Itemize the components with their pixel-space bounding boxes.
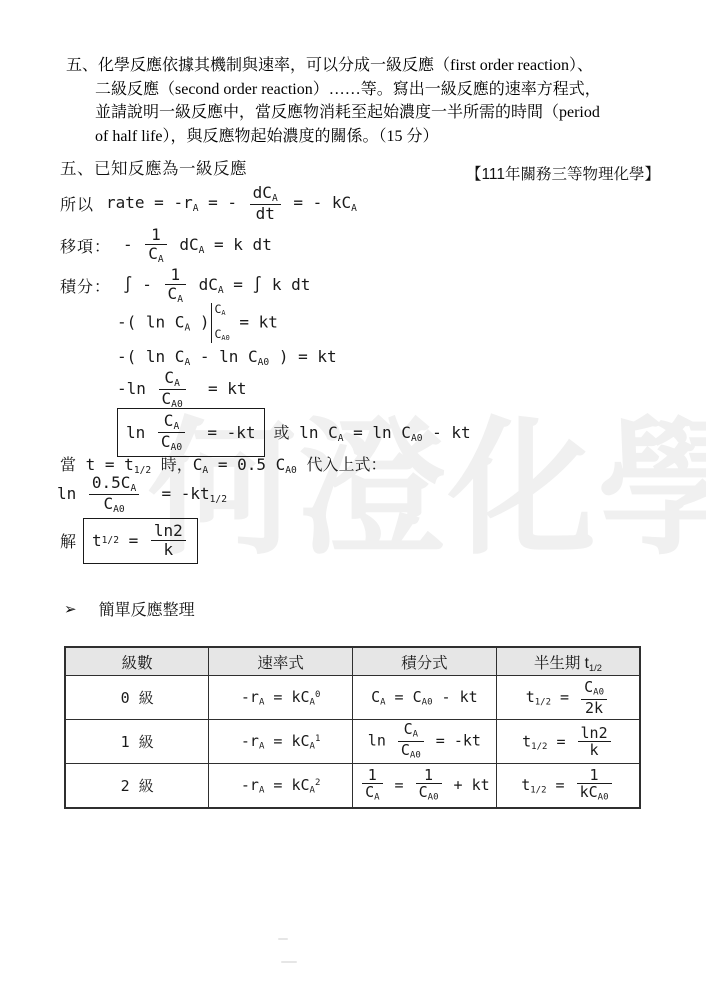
question-paragraph: 五、化學反應依據其機制與速率，可以分成一級反應（first order reac… — [66, 54, 676, 148]
scan-artifact — [281, 961, 297, 963]
table-cell: 1 級 — [65, 720, 209, 764]
equation-label: 移項： — [60, 234, 111, 257]
equation-math: ∫ - 1CA dCA = ∫ k dt — [123, 266, 310, 305]
equation-math: -( ln CA )CACA0 = kt — [117, 303, 278, 343]
equation-math: - 1CA dCA = k dt — [123, 226, 272, 265]
table-cell: -rA = kCA1 — [209, 720, 353, 764]
table-header-2: 積分式 — [353, 647, 497, 676]
table-header-3: 半生期 t1/2 — [496, 647, 640, 676]
equation-label: 所以 — [60, 192, 94, 215]
summary-heading: ➢ 簡單反應整理 — [64, 597, 195, 620]
answer-heading: 五、已知反應為一級反應 — [60, 155, 247, 179]
table-row: 1 級-rA = kCA1ln CACA0 = -ktt1/2 = ln2k — [65, 720, 640, 764]
equation-expand: -( ln CA - ln CA0 ) = kt — [117, 347, 337, 368]
boxed-halflife: t1/2 = ln2k — [83, 518, 198, 564]
equation-halflife-solution: 解 t1/2 = ln2k — [60, 518, 198, 564]
equation-math: rate = -rA = - dCAdt = - kCA — [106, 184, 357, 223]
table-cell: t1/2 = ln2k — [496, 720, 640, 764]
arrow-bullet-icon: ➢ — [64, 600, 77, 618]
equation-rearrange: 移項： - 1CA dCA = k dt — [60, 226, 272, 265]
exam-source-tag: 【111年關務三等物理化學】 — [466, 162, 660, 184]
table-cell: t1/2 = CA02k — [496, 676, 640, 720]
equation-math: -ln CACA0 = kt — [117, 369, 247, 410]
question-line: 二級反應（second order reaction）……等。寫出一級反應的速率… — [66, 78, 676, 102]
equation-math: 或 ln CA = ln CA0 - kt — [274, 420, 471, 444]
table-cell: 1CA = 1CA0 + kt — [353, 764, 497, 809]
table-cell: ln CACA0 = -kt — [353, 720, 497, 764]
equation-integrate: 積分： ∫ - 1CA dCA = ∫ k dt — [60, 266, 310, 305]
table-cell: t1/2 = 1kCA0 — [496, 764, 640, 809]
table-header-1: 速率式 — [209, 647, 353, 676]
equation-math: -( ln CA - ln CA0 ) = kt — [117, 347, 337, 368]
table-row: 0 級-rA = kCA0CA = CA0 - ktt1/2 = CA02k — [65, 676, 640, 720]
table-header-row: 級數速率式積分式半生期 t1/2 — [65, 647, 640, 676]
equation-ratio: -ln CACA0 = kt — [117, 369, 247, 410]
table-header-0: 級數 — [65, 647, 209, 676]
question-line: of half life），與反應物起始濃度的關係。（15 分） — [66, 125, 676, 149]
question-line: 五、化學反應依據其機制與速率，可以分成一級反應（first order reac… — [66, 54, 676, 78]
table-row: 2 級-rA = kCA21CA = 1CA0 + ktt1/2 = 1kCA0 — [65, 764, 640, 809]
equation-eval-limits: -( ln CA )CACA0 = kt — [117, 303, 278, 343]
table-cell: -rA = kCA0 — [209, 676, 353, 720]
boxed-result: ln CACA0 = -kt — [117, 408, 265, 457]
equation-math: ln 0.5CACA0 = -kt1/2 — [57, 474, 227, 515]
scan-artifact — [278, 938, 288, 940]
equation-halflife-substitution: ln 0.5CACA0 = -kt1/2 — [57, 474, 227, 515]
equation-rate: 所以 rate = -rA = - dCAdt = - kCA — [60, 184, 357, 223]
summary-title: 簡單反應整理 — [99, 597, 195, 620]
document-page: 何澄化學 五、化學反應依據其機制與速率，可以分成一級反應（first order… — [0, 0, 706, 1000]
table-cell: 0 級 — [65, 676, 209, 720]
table-cell: -rA = kCA2 — [209, 764, 353, 809]
equation-result: ln CACA0 = -kt 或 ln CA = ln CA0 - kt — [117, 408, 471, 457]
equation-label: 積分： — [60, 274, 111, 297]
summary-table: 級數速率式積分式半生期 t1/2 0 級-rA = kCA0CA = CA0 -… — [64, 646, 641, 809]
table-cell: CA = CA0 - kt — [353, 676, 497, 720]
equation-label: 解 — [60, 529, 77, 552]
table-cell: 2 級 — [65, 764, 209, 809]
question-line: 並請說明一級反應中，當反應物消耗至起始濃度一半所需的時間（period — [66, 101, 676, 125]
